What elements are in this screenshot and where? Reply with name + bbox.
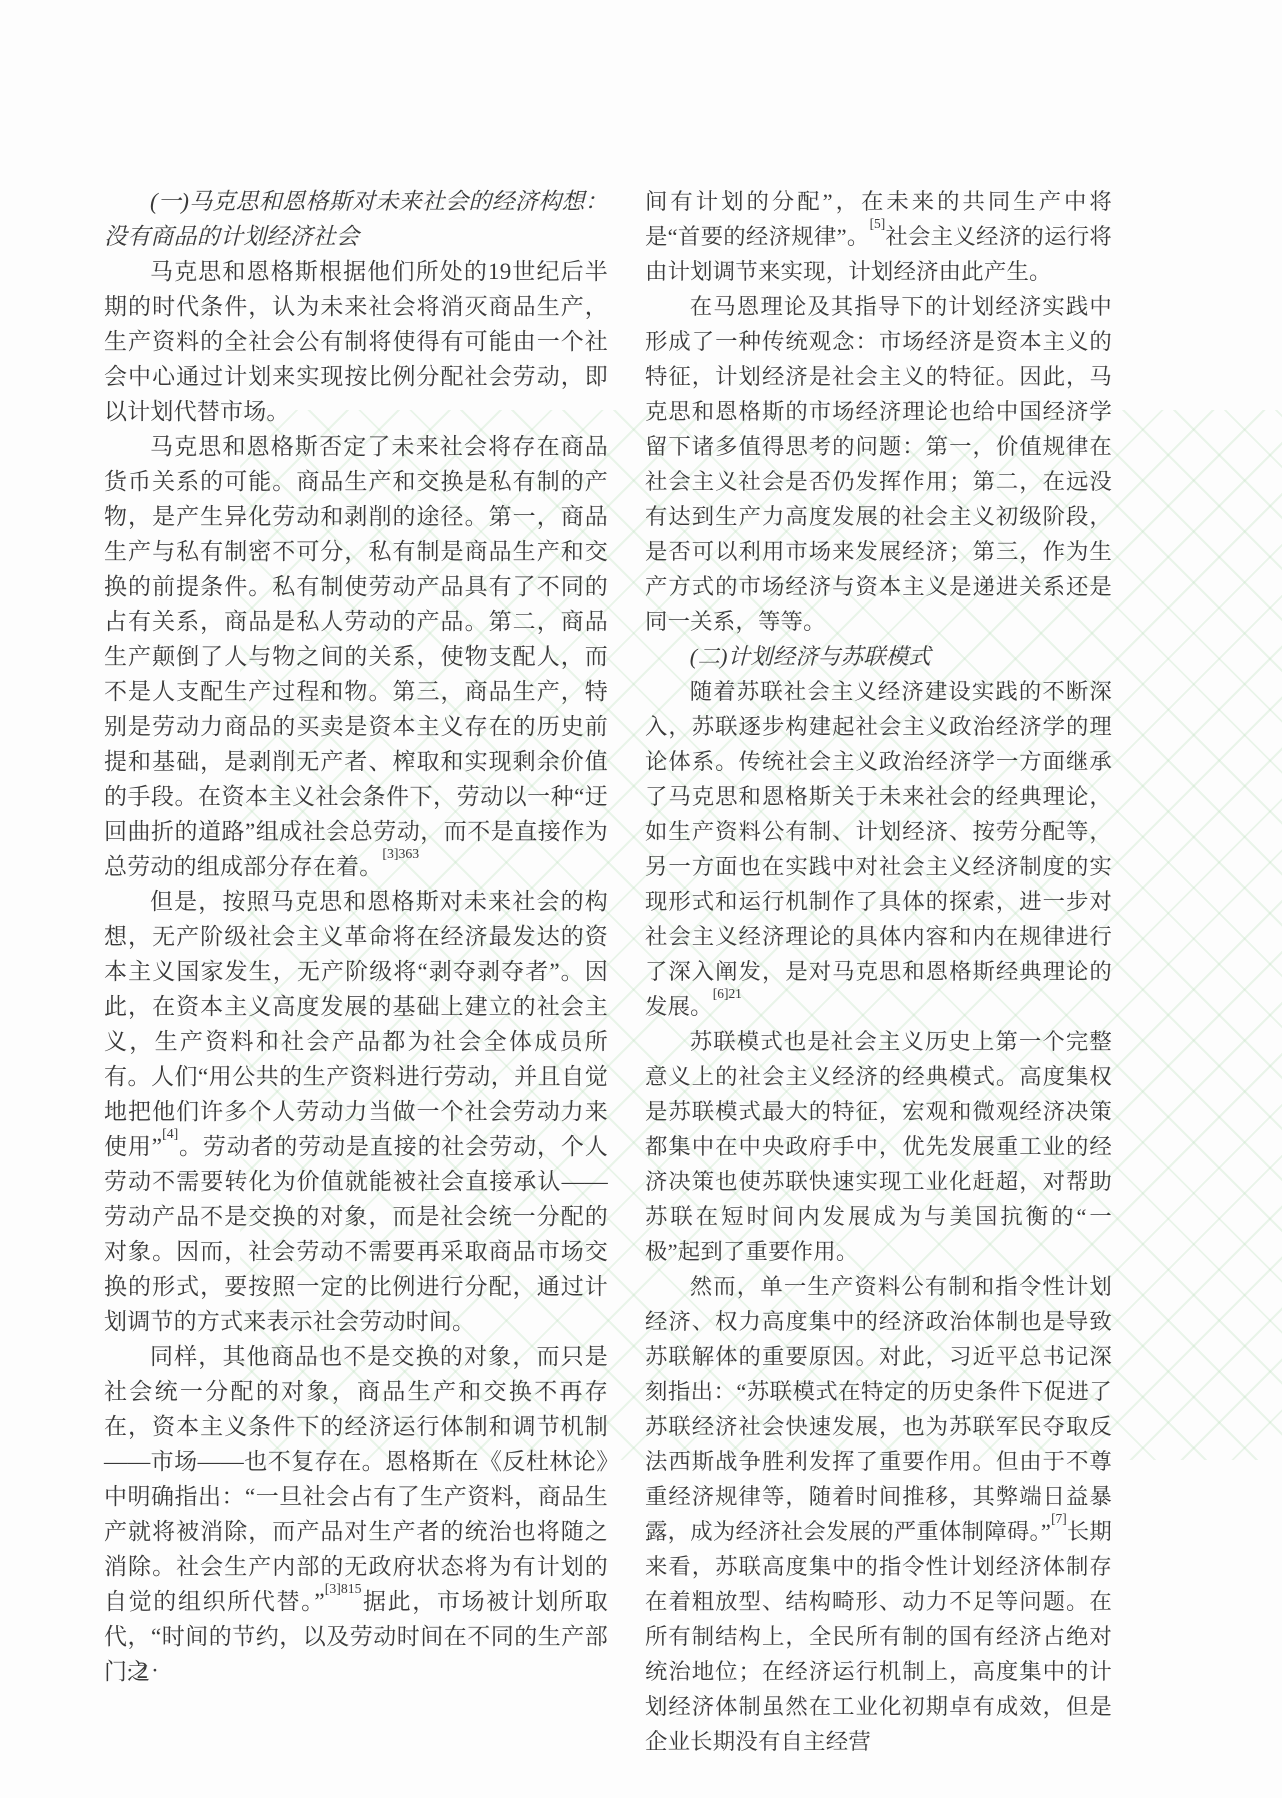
paragraph: 然而，单一生产资料公有制和指令性计划经济、权力高度集中的经济政治体制也是导致苏联… xyxy=(645,1269,1112,1759)
page-number: ·2· xyxy=(126,1658,162,1684)
paragraph: 但是，按照马克思和恩格斯对未来社会的构想，无产阶级社会主义革命将在经济最发达的资… xyxy=(104,884,608,1339)
paragraph: 马克思和恩格斯否定了未来社会将存在商品货币关系的可能。商品生产和交换是私有制的产… xyxy=(104,429,608,884)
citation-superscript: [3]363 xyxy=(382,846,419,861)
section-heading: (二)计划经济与苏联模式 xyxy=(645,639,1112,674)
citation-superscript: [4] xyxy=(162,1126,178,1141)
paragraph: 马克思和恩格斯根据他们所处的19世纪后半期的时代条件，认为未来社会将消灭商品生产… xyxy=(104,254,608,429)
citation-superscript: [3]815 xyxy=(325,1581,362,1596)
citation-superscript: [6]21 xyxy=(713,986,742,1001)
text-column-left: (一)马克思和恩格斯对未来社会的经济构想：没有商品的计划经济社会马克思和恩格斯根… xyxy=(104,184,608,1759)
paragraph: 同样，其他商品也不是交换的对象，而只是社会统一分配的对象，商品生产和交换不再存在… xyxy=(104,1339,608,1689)
paragraph: 苏联模式也是社会主义历史上第一个完整意义上的社会主义经济的经典模式。高度集权是苏… xyxy=(645,1024,1112,1269)
section-heading: (一)马克思和恩格斯对未来社会的经济构想：没有商品的计划经济社会 xyxy=(104,184,608,254)
paragraph: 在马恩理论及其指导下的计划经济实践中形成了一种传统观念：市场经济是资本主义的特征… xyxy=(645,289,1112,639)
text-column-right: 间有计划的分配”，在未来的共同生产中将是“首要的经济规律”。[5]社会主义经济的… xyxy=(645,184,1112,1759)
citation-superscript: [7] xyxy=(1051,1511,1067,1526)
citation-superscript: [5] xyxy=(870,216,886,231)
page-container: (一)马克思和恩格斯对未来社会的经济构想：没有商品的计划经济社会马克思和恩格斯根… xyxy=(0,0,1282,1798)
two-column-text-area: (一)马克思和恩格斯对未来社会的经济构想：没有商品的计划经济社会马克思和恩格斯根… xyxy=(104,184,1112,1759)
paragraph: 间有计划的分配”，在未来的共同生产中将是“首要的经济规律”。[5]社会主义经济的… xyxy=(645,184,1112,289)
paragraph: 随着苏联社会主义经济建设实践的不断深入，苏联逐步构建起社会主义政治经济学的理论体… xyxy=(645,674,1112,1024)
